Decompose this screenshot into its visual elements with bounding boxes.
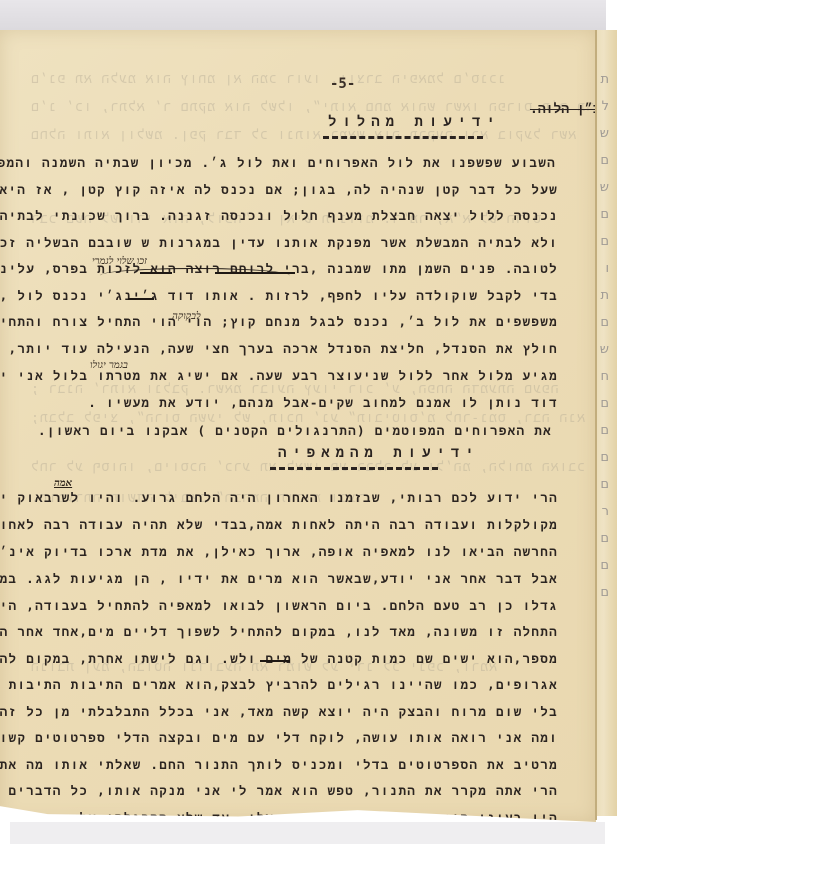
section-heading-bakery: ידיעות מהמאפיה (278, 445, 480, 462)
text-line: דוד נותן לו אמנם למחוב שקים-אבל מנהם, יו… (88, 395, 558, 411)
text-line: בלי שום מרוח והבצק היה יוצא קשה מאד, אני… (0, 704, 558, 720)
text-line: התחלה זו משונה, מאד לנו, במקום להתחיל לש… (0, 624, 558, 640)
ink-arc-mark (100, 268, 290, 283)
typewritten-page: ם׳נפ תא הלעמ אוה ץוחמ ןא המכ רועו ,ןוצרב… (0, 30, 596, 822)
text-line: ולא לבתיה המבשלת אשר מפנקת אותנו עדין במ… (0, 235, 558, 251)
heading-underline (323, 136, 483, 139)
page-number: -5- (330, 76, 355, 92)
text-line: שעל כל דבר קטן שנהיה לה, בגון; אם נכנס ל… (0, 182, 558, 198)
ink-strikethrough (140, 272, 172, 274)
text-line: החרשה הביאו לנו למאפיה אופה, ארוך כאילן,… (0, 544, 558, 560)
text-line: גדלו כן רב טעם הלחם. ביום הראשון לבואו ל… (0, 598, 558, 614)
text-line: מרטיב את הספרטוטים בדלי ומכניס לותך התנו… (0, 757, 558, 773)
text-line: חולץ את הסנדל, חליצת הסנדל ארכה בערך חצי… (0, 341, 558, 357)
section-heading-henhouse: ידיעות מהלול (328, 114, 501, 131)
underlying-sheet (10, 822, 605, 844)
text-line: מספר,הוא ישים שם כמות קטנה של מים ולש. ו… (0, 651, 558, 667)
handwritten-note: זכו שלוי לגמרי (92, 256, 147, 267)
text-line: הרי ידוע לכם רבותי, שבזמנו האחרון היה הל… (0, 490, 558, 506)
text-line: ומה אני רואה אותו עושה, לוקח דלי עם מים … (0, 730, 558, 746)
handwritten-note: אמה (54, 478, 72, 489)
text-line: השבוע שפשפנו את לול האפרוחים ואת לול ג׳.… (0, 155, 556, 171)
text-line: מקולקלות ועבודה רבה היתה לאחות אמה,בבדי … (0, 517, 558, 533)
page-fold-line (595, 30, 597, 820)
handwritten-note: לבקוקה (172, 311, 201, 322)
heading-underline (270, 467, 438, 470)
ink-strikethrough (260, 660, 290, 662)
ink-strikethrough (215, 272, 295, 274)
text-line: נכנסה ללול יצאה חבצלת מענף חלול ונכנסה ז… (0, 208, 558, 224)
text-line: הרי אתה מקרר את התנור, טפש הוא אמר לי אנ… (0, 783, 558, 799)
handwritten-note: בגמר יגולו (90, 360, 128, 371)
ink-strikethrough (128, 298, 154, 300)
text-line: בדי לקבל שוקולדה עליו לחפף, לרזות . אותו… (0, 288, 558, 304)
scanner-background (0, 0, 606, 30)
text-line: מגיע מלול אחר ללול שניעוצר רבע שעה. אם י… (0, 368, 558, 384)
text-line: את האפרוחים המפוטמים (התרנגולים הקטנים )… (38, 423, 552, 439)
text-line: משפשפים את לול ב׳, נכנס לבגל מנחם קוץ; ה… (0, 314, 558, 330)
text-line: אבל דבר אחר אני יודע,שבאשר הוא מרים את י… (0, 571, 558, 587)
text-line: אגרופים, כמו שהיינו רגילים להרביץ לבצק,ה… (9, 677, 558, 693)
